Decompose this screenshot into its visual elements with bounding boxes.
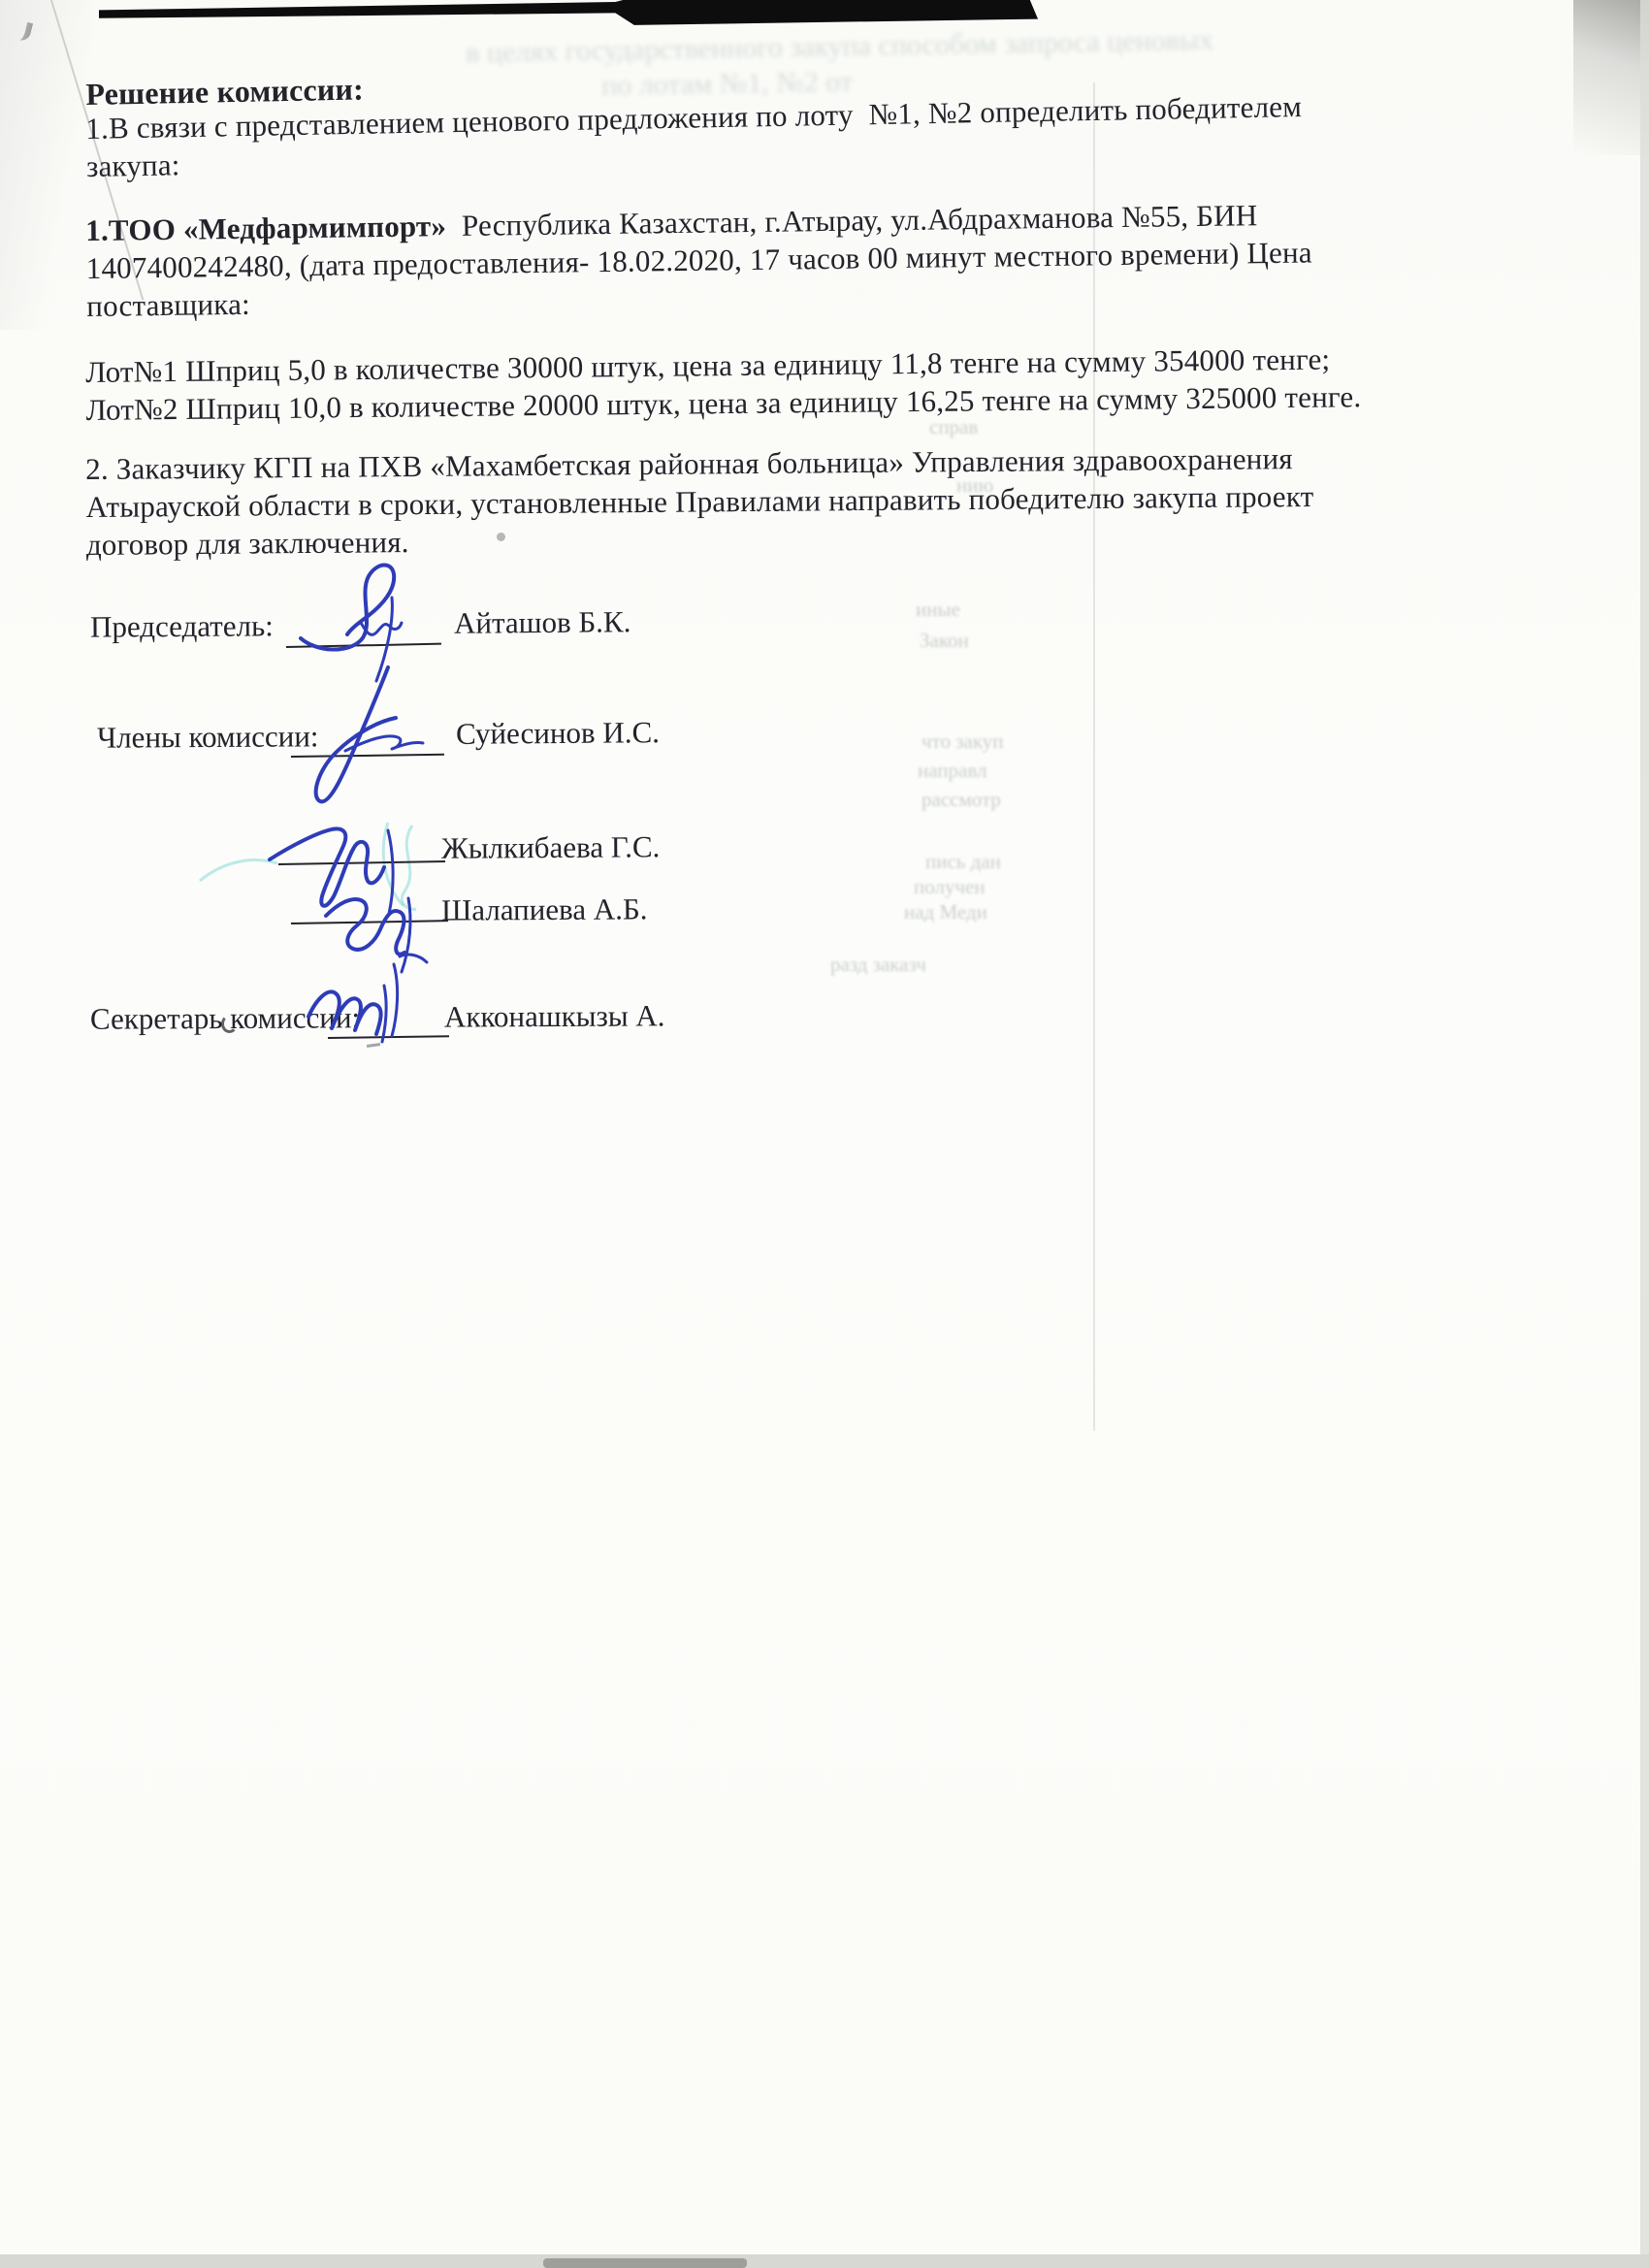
supplier-name: 1.ТОО «Медфармимпорт» xyxy=(85,209,446,247)
stamp-mark-cyan xyxy=(383,820,441,917)
scan-bottom-smudge xyxy=(543,2258,747,2268)
scan-top-right-shadow xyxy=(1573,0,1649,155)
signature-role-members: Члены комиссии: xyxy=(97,719,319,755)
bleedthrough-fragment: рассмотр xyxy=(921,788,1001,812)
signature-role-chairman: Председатель: xyxy=(90,608,274,644)
bleedthrough-fragment: разд заказч xyxy=(830,953,926,977)
bleedthrough-fragment: пись дан xyxy=(925,850,1001,874)
signature-role-secretary: Секретарь комиссии: xyxy=(90,1000,360,1036)
signature-underline xyxy=(286,643,441,648)
signature-aytashov xyxy=(291,555,456,686)
customer-paragraph: 2. Заказчику КГП на ПХВ «Махамбетская ра… xyxy=(85,439,1314,564)
bleedthrough-text-line: в целях государственного закупа способом… xyxy=(466,24,1213,70)
scan-bottom-edge xyxy=(0,2254,1649,2268)
scanned-document-page: в целях государственного закупа способом… xyxy=(0,0,1649,2268)
scan-fold-shade xyxy=(0,0,92,330)
scan-top-black-band xyxy=(99,0,1038,33)
supplier-paragraph: 1.ТОО «Медфармимпорт» Республика Казахст… xyxy=(85,195,1312,325)
signature-name-shalapiyeva: Шалапиева А.Б. xyxy=(441,891,648,927)
signature-name-akkonashkyzy: Акконашкызы А. xyxy=(444,998,665,1034)
lots-paragraph: Лот№1 Шприц 5,0 в количестве 30000 штук,… xyxy=(85,340,1362,429)
bleedthrough-fragment: иные xyxy=(916,598,960,622)
signature-underline xyxy=(328,1035,449,1039)
scan-right-edge xyxy=(1640,0,1649,2268)
bleedthrough-fragment: над Меди xyxy=(904,900,987,924)
bleedthrough-fragment: что закуп xyxy=(921,729,1003,754)
bleedthrough-fragment: направл xyxy=(918,759,986,783)
signature-name-aytashov: Айташов Б.К. xyxy=(454,604,631,641)
signature-underline xyxy=(291,754,444,758)
bleedthrough-fragment: получен xyxy=(914,875,986,899)
signature-name-suyesinov: Суйесинов И.С. xyxy=(456,715,660,752)
bleedthrough-fragment: Закон xyxy=(920,629,969,653)
scan-ink-speck xyxy=(367,1043,380,1048)
signature-name-zhylkibayeva: Жылкибаева Г.С. xyxy=(441,829,661,866)
signature-underline xyxy=(291,920,448,924)
